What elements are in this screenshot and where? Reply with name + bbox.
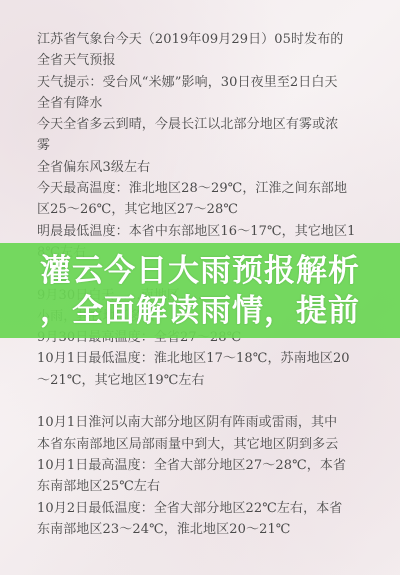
- doc-line: 天气提示：受台风“米娜”影响，30日夜里至2日白天: [37, 72, 367, 93]
- doc-line: 东南部地区25℃左右: [37, 476, 367, 497]
- doc-line: 本省东南部地区局部雨量中到大，其它地区阴到多云: [37, 434, 367, 455]
- doc-line: 全省天气预报: [37, 50, 367, 71]
- doc-line: 今天全省多云到晴，今晨长江以北部分地区有雾或浓: [37, 114, 367, 135]
- doc-line: 10月1日淮河以南大部分地区阴有阵雨或雷雨，其中: [37, 412, 367, 433]
- doc-line: 东南部地区23～24℃，淮北地区20～21℃: [37, 519, 367, 540]
- doc-line: 10月2日最低温度：全省大部分地区22℃左右，本省: [37, 498, 367, 519]
- headline-banner: 灌云今日大雨预报解析 ，全面解读雨情，提前: [0, 243, 400, 338]
- doc-line: 全省有降水: [37, 93, 367, 114]
- headline-line-1: 灌云今日大雨预报解析: [40, 251, 360, 291]
- doc-line: 江苏省气象台今天（2019年09月29日）05时发布的: [37, 29, 367, 50]
- doc-line: 雾: [37, 135, 367, 156]
- doc-line: 全省偏东风3级左右: [37, 157, 367, 178]
- doc-line: 区25～26℃，其它地区27～28℃: [37, 199, 367, 220]
- doc-line: 明晨最低温度：本省中东部地区16～17℃，其它地区1: [37, 221, 367, 242]
- doc-line: ～21℃，其它地区19℃左右: [37, 370, 367, 391]
- doc-line: 10月1日最低温度：淮北地区17～18℃，苏南地区20: [37, 348, 367, 369]
- doc-line: 10月1日最高温度：全省大部分地区27～28℃，本省: [37, 455, 367, 476]
- doc-line: 今天最高温度：淮北地区28～29℃，江淮之间东部地: [37, 178, 367, 199]
- headline-line-2: ，全面解读雨情，提前: [40, 291, 360, 331]
